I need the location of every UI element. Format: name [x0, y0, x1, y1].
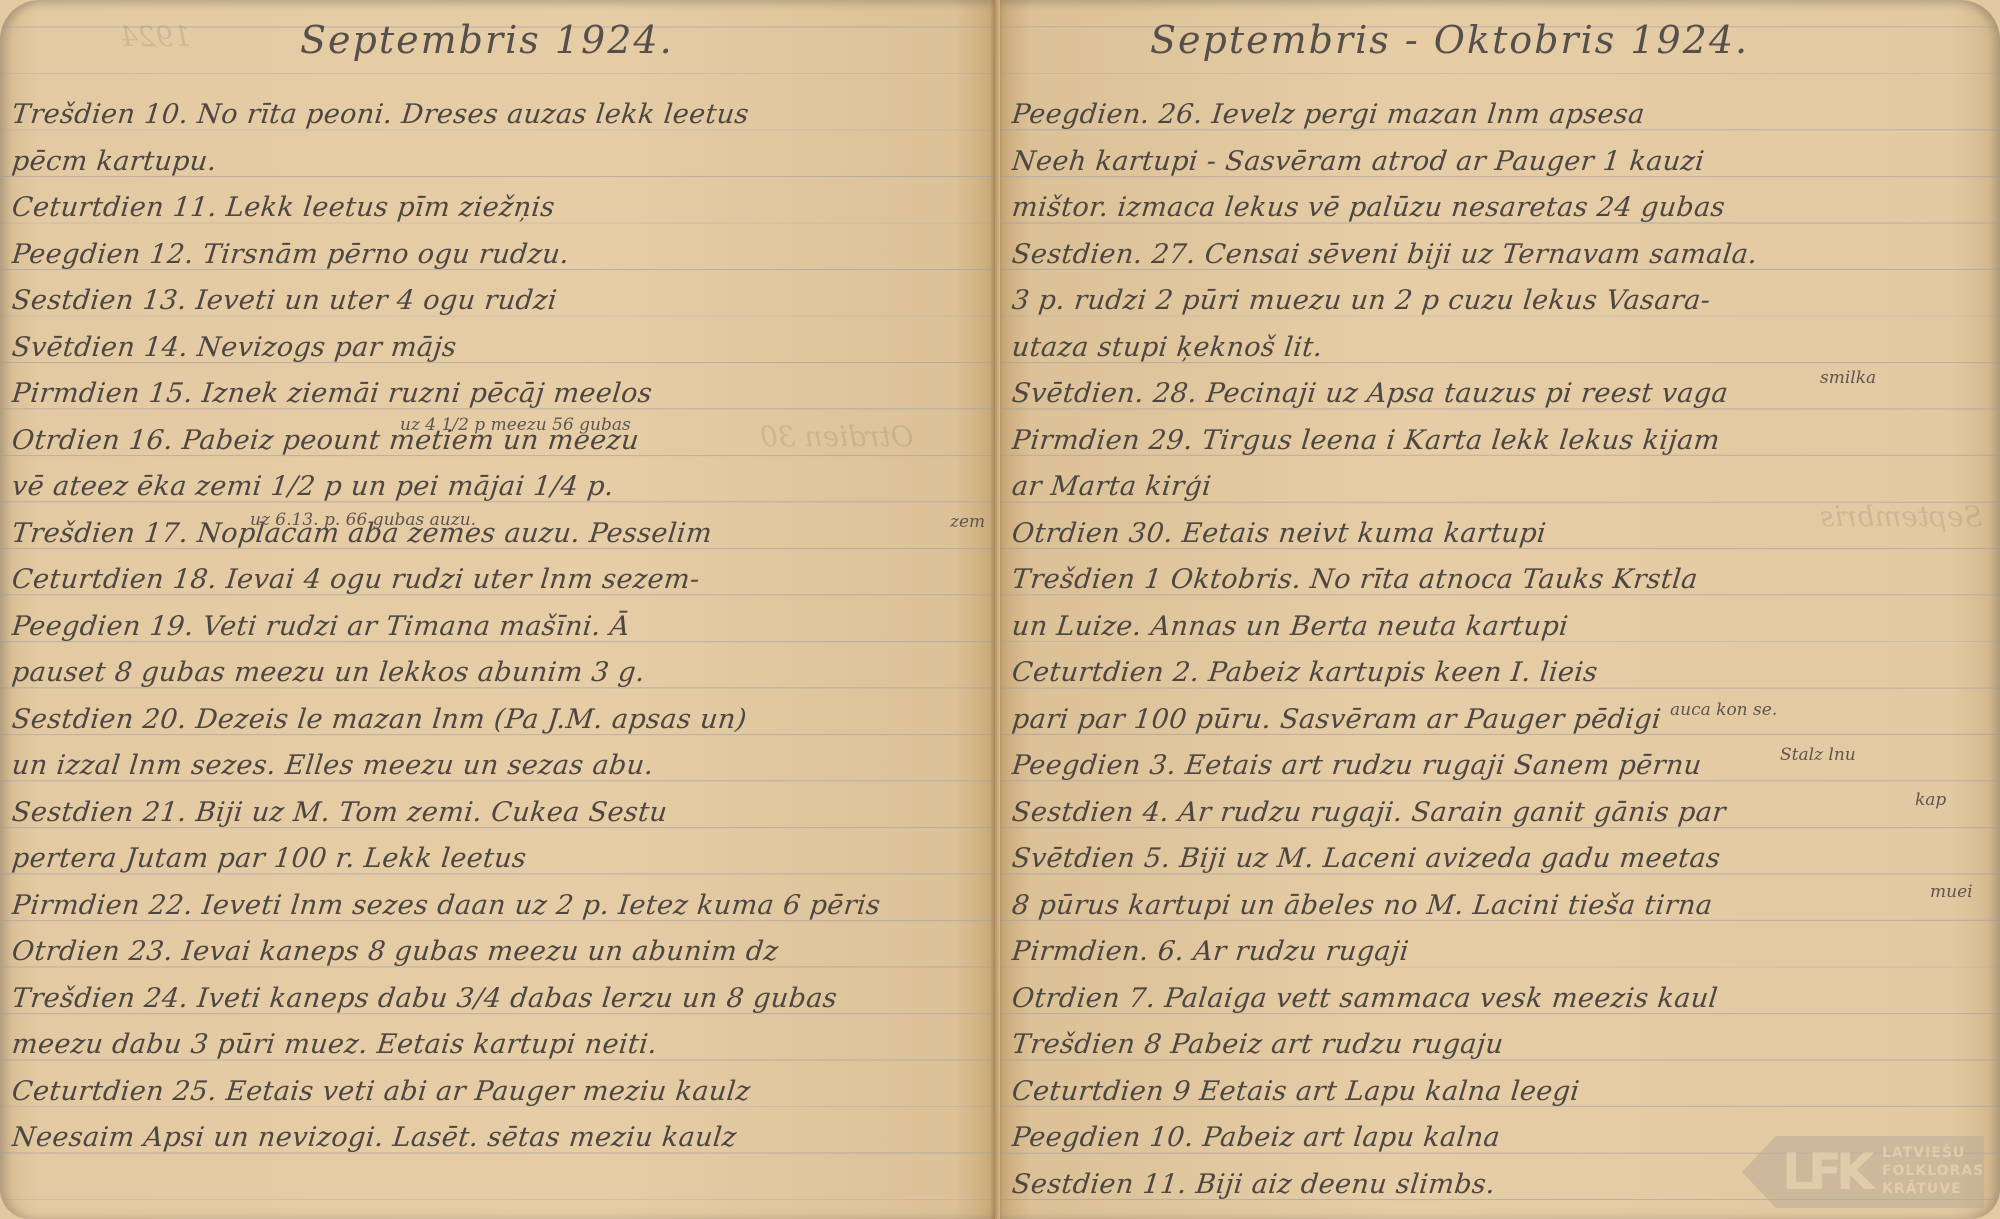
- diary-line: Sestdien. 27. Censai sēveni biji uz Tern…: [1010, 232, 1993, 279]
- watermark-line: LATVIEŠU: [1882, 1144, 1984, 1162]
- diary-line: pēcm kartupu.: [10, 139, 988, 186]
- page-title-right: Septembris - Oktobris 1924.: [1150, 18, 1749, 62]
- interlinear-note: zem: [950, 512, 985, 532]
- diary-line: pari par 100 pūru. Sasvēram ar Pauger pē…: [1010, 697, 1993, 744]
- diary-line: pertera Jutam par 100 r. Lekk leetus: [10, 836, 988, 883]
- diary-line: mištor. izmaca lekus vē palūzu nesaretas…: [1010, 185, 1993, 232]
- diary-line: Peegdien 19. Veti rudzi ar Timana mašīni…: [10, 604, 988, 651]
- interlinear-note: smilka: [1820, 368, 1876, 388]
- diary-line: vē ateez ēka zemi 1/2 p un pei mājai 1/4…: [10, 464, 988, 511]
- page-title-left: Septembris 1924.: [300, 18, 674, 62]
- watermark-text: LATVIEŠU FOLKLORAS KRĀTUVE: [1882, 1144, 1984, 1198]
- diary-line: utaza stupi ķeknoš lit.: [1010, 325, 1993, 372]
- diary-line: Ceturtdien 11. Lekk leetus pīm ziežņis: [10, 185, 988, 232]
- diary-line: Sestdien 13. Ieveti un uter 4 ogu rudzi: [10, 278, 988, 325]
- diary-line: Neesaim Apsi un nevizogi. Lasēt. sētas m…: [10, 1115, 988, 1162]
- diary-line: Pirmdien 29. Tirgus leena i Karta lekk l…: [1010, 418, 1993, 465]
- diary-line: Ceturtdien 9 Eetais art Lapu kalna leegi: [1010, 1069, 1993, 1116]
- entry-list-right: Peegdien. 26. Ievelz pergi mazan lnm aps…: [1012, 92, 1990, 1208]
- diary-line: Sestdien 21. Biji uz M. Tom zemi. Cukea …: [10, 790, 988, 837]
- diary-line: Pirmdien 15. Iznek ziemāi ruzni pēcāj me…: [10, 371, 988, 418]
- watermark-line: KRĀTUVE: [1882, 1180, 1984, 1198]
- diary-line: Ceturtdien 18. Ievai 4 ogu rudzi uter ln…: [10, 557, 988, 604]
- diary-line: Otrdien 23. Ievai kaneps 8 gubas meezu u…: [10, 929, 988, 976]
- interlinear-note: uz 4 1/2 p meezu 56 gubas: [400, 415, 631, 435]
- diary-line: 3 p. rudzi 2 pūri muezu un 2 p cuzu leku…: [1010, 278, 1993, 325]
- diary-line: Pirmdien. 6. Ar rudzu rugaji: [1010, 929, 1993, 976]
- diary-line: Neeh kartupi - Sasvēram atrod ar Pauger …: [1010, 139, 1993, 186]
- diary-line: 8 pūrus kartupi un ābeles no M. Lacini t…: [1010, 883, 1993, 930]
- archive-watermark: LFK LATVIEŠU FOLKLORAS KRĀTUVE: [1742, 1136, 1984, 1208]
- watermark-line: FOLKLORAS: [1882, 1162, 1984, 1180]
- diary-line: Ceturtdien 2. Pabeiz kartupis keen I. li…: [1010, 650, 1993, 697]
- left-page: 1924 Otrdien 30 Septembris 1924. Trešdie…: [0, 0, 995, 1219]
- diary-line: Peegdien. 26. Ievelz pergi mazan lnm aps…: [1010, 92, 1993, 139]
- diary-line: pauset 8 gubas meezu un lekkos abunim 3 …: [10, 650, 988, 697]
- interlinear-note: kap: [1915, 790, 1946, 810]
- right-page: Septembris Septembris - Oktobris 1924. P…: [1000, 0, 2000, 1219]
- interlinear-note: Stalz lnu: [1780, 745, 1856, 765]
- diary-line: Trešdien 17. Noplacam aba zemes auzu. Pe…: [10, 511, 988, 558]
- lfk-logo-icon: LFK: [1782, 1144, 1869, 1200]
- diary-line: Sestdien 20. Dezeis le mazan lnm (Pa J.M…: [10, 697, 988, 744]
- diary-line: Peegdien 12. Tirsnām pērno ogu rudzu.: [10, 232, 988, 279]
- interlinear-note: auca kon se.: [1670, 700, 1777, 720]
- diary-line: meezu dabu 3 pūri muez. Eetais kartupi n…: [10, 1022, 988, 1069]
- diary-line: Svētdien 5. Biji uz M. Laceni avizeda ga…: [1010, 836, 1993, 883]
- diary-spread: 1924 Otrdien 30 Septembris 1924. Trešdie…: [0, 0, 2000, 1219]
- interlinear-note: muei: [1930, 882, 1973, 902]
- diary-line: Svētdien 14. Nevizogs par mājs: [10, 325, 988, 372]
- diary-line: Trešdien 8 Pabeiz art rudzu rugaju: [1010, 1022, 1993, 1069]
- diary-line: un Luize. Annas un Berta neuta kartupi: [1010, 604, 1993, 651]
- bleed-through-text: 1924: [120, 20, 191, 53]
- diary-line: Sestdien 4. Ar rudzu rugaji. Sarain gani…: [1010, 790, 1993, 837]
- diary-line: ar Marta kirģi: [1010, 464, 1993, 511]
- diary-line: Trešdien 10. No rīta peoni. Dreses auzas…: [10, 92, 988, 139]
- entry-list-left: Trešdien 10. No rīta peoni. Dreses auzas…: [12, 92, 985, 1162]
- diary-line: Pirmdien 22. Ieveti lnm sezes daan uz 2 …: [10, 883, 988, 930]
- diary-line: Trešdien 24. Iveti kaneps dabu 3/4 dabas…: [10, 976, 988, 1023]
- diary-line: Otrdien 30. Eetais neivt kuma kartupi: [1010, 511, 1993, 558]
- interlinear-note: uz 6.13. p. 66 gubas auzu.: [250, 510, 476, 530]
- book-spine: [990, 0, 1002, 1219]
- diary-line: un izzal lnm sezes. Elles meezu un sezas…: [10, 743, 988, 790]
- diary-line: Trešdien 1 Oktobris. No rīta atnoca Tauk…: [1010, 557, 1993, 604]
- diary-line: Ceturtdien 25. Eetais veti abi ar Pauger…: [10, 1069, 988, 1116]
- diary-line: Otrdien 7. Palaiga vett sammaca vesk mee…: [1010, 976, 1993, 1023]
